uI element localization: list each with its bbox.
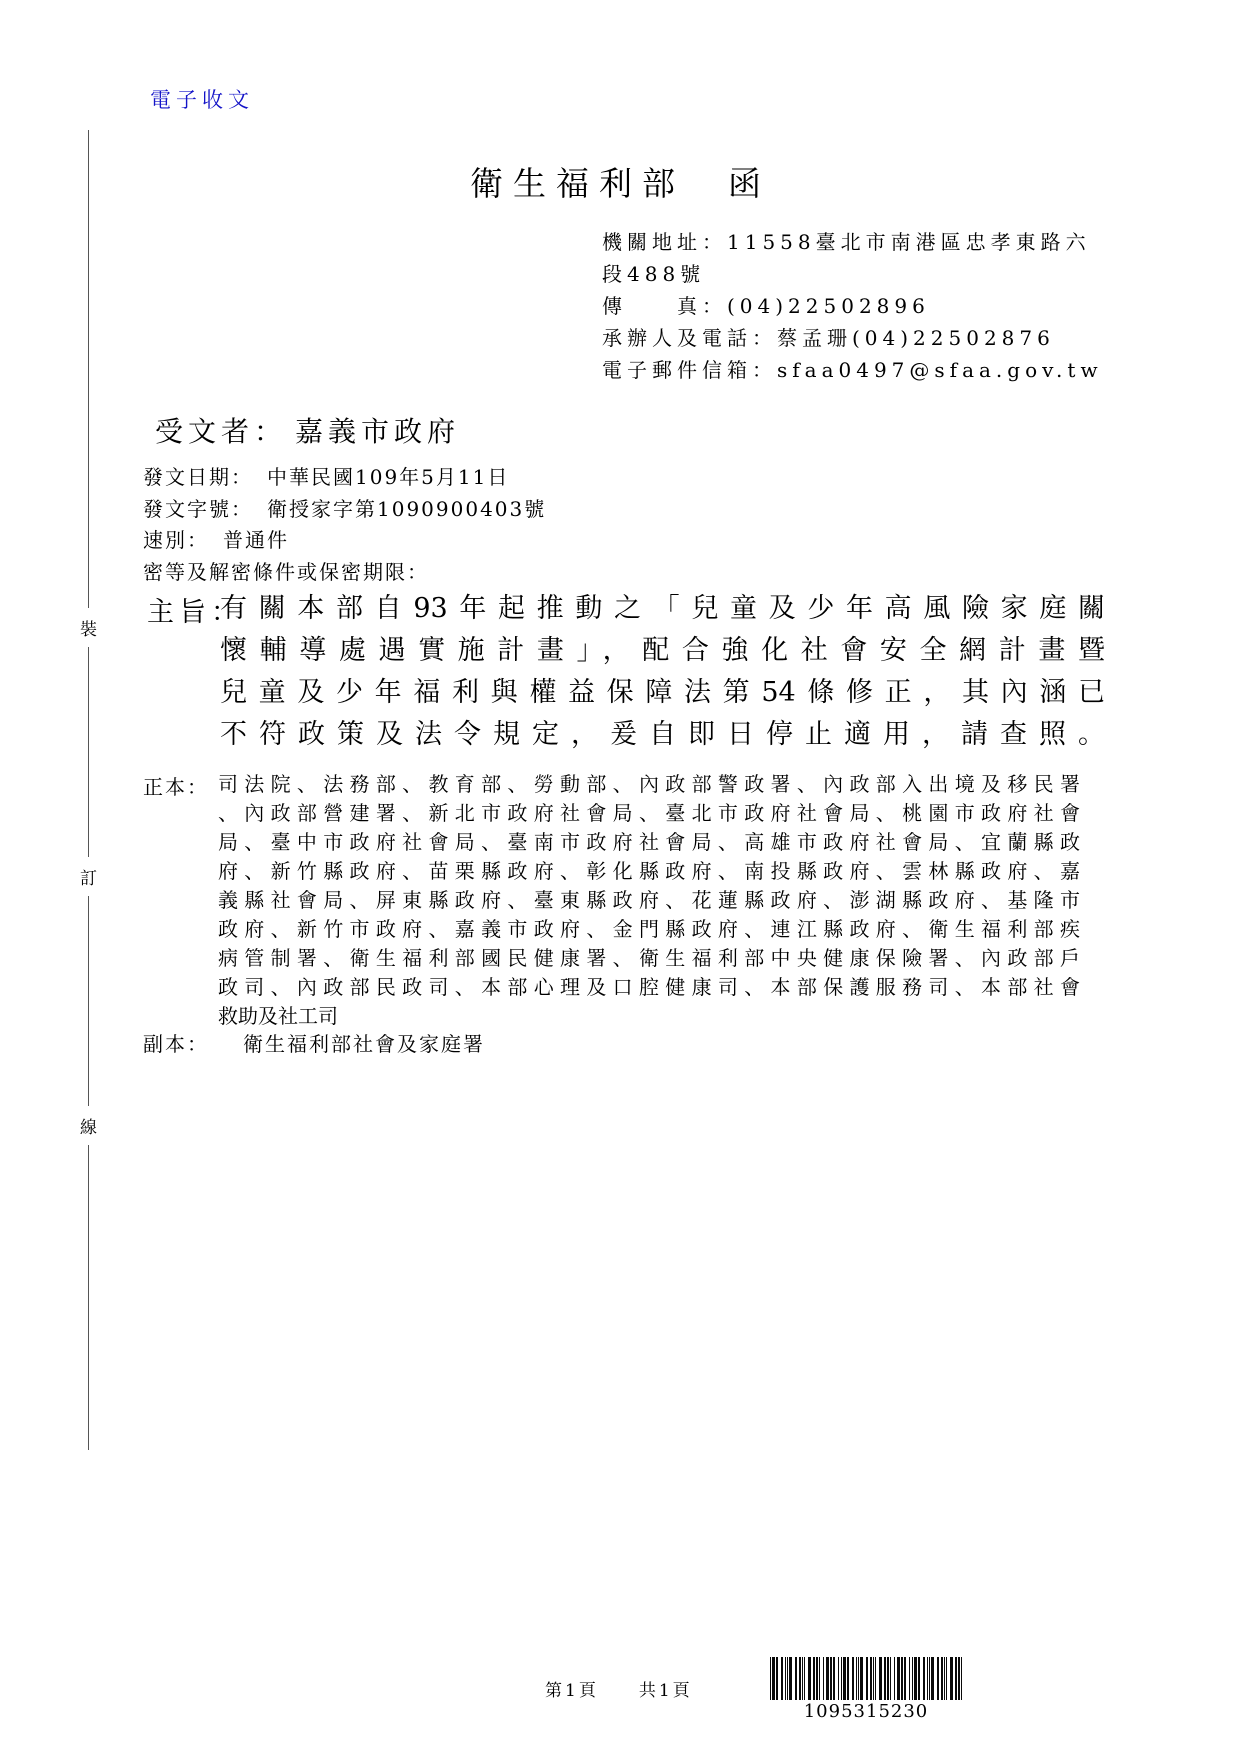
barcode-bar <box>927 1657 928 1700</box>
subject-line: 不符政策及法令規定，爰自即日停止適用，請查照。 <box>220 714 1105 756</box>
barcode-bar <box>808 1657 811 1700</box>
barcode-bar <box>802 1657 803 1700</box>
barcode-bar <box>875 1657 876 1700</box>
priority-label: 速別： <box>143 528 209 552</box>
recipient-label: 受文者： <box>155 415 287 448</box>
primary-recipients-line: 救助及社工司 <box>218 1002 1080 1031</box>
barcode-bar <box>944 1657 945 1700</box>
primary-recipients-line: 政司、內政部民政司、本部心理及口腔健康司、本部保護服務司、本部社會 <box>218 973 1080 1002</box>
barcode-bar <box>833 1657 835 1700</box>
primary-recipients-line: 司法院、法務部、教育部、勞動部、內政部警政署、內政部入出境及移民署 <box>218 770 1080 799</box>
barcode-bar <box>830 1657 832 1700</box>
barcode-bar <box>958 1657 960 1700</box>
barcode-bar <box>787 1657 788 1700</box>
barcode-bar <box>823 1657 824 1700</box>
document-title: 衛生福利部 函 <box>0 158 1241 205</box>
barcode-bar <box>799 1657 801 1700</box>
barcode-bar <box>843 1657 846 1700</box>
barcode-bar <box>795 1657 797 1700</box>
primary-recipients-text: 司法院、法務部、教育部、勞動部、內政部警政署、內政部入出境及移民署、內政部營建署… <box>218 770 1080 1031</box>
sender-contact-block: 機關地址：11558臺北市南港區忠孝東路六段488號傳 真：(04)225028… <box>602 226 1103 386</box>
carbon-copy-row: 副本：衛生福利部社會及家庭署 <box>143 1028 485 1057</box>
barcode-bar <box>870 1657 872 1700</box>
security-row: 密等及解密條件或保密期限： <box>143 557 546 589</box>
issue-date-row: 發文日期：中華民國109年5月11日 <box>143 462 546 494</box>
barcode-bar <box>929 1657 930 1700</box>
barcode-bar <box>941 1657 943 1700</box>
barcode-bar <box>897 1657 900 1700</box>
primary-recipients-line: 局、臺中市政府社會局、臺南市政府社會局、高雄市政府社會局、宜蘭縣政 <box>218 828 1080 857</box>
subject-line: 有關本部自93年起推動之「兒童及少年高風險家庭關 <box>220 588 1105 630</box>
sender-contact-line: 機關地址：11558臺北市南港區忠孝東路六 <box>602 226 1103 258</box>
barcode-bar <box>858 1657 859 1700</box>
barcode-bar <box>923 1657 925 1700</box>
priority-value: 普通件 <box>223 528 289 552</box>
barcode-bar <box>841 1657 842 1700</box>
barcode-bar <box>961 1657 962 1700</box>
binding-mark-ding: 訂 <box>76 857 101 896</box>
barcode-bar <box>866 1657 868 1700</box>
priority-row: 速別：普通件 <box>143 525 546 557</box>
primary-recipients-label: 正本： <box>143 771 209 800</box>
barcode-bar <box>901 1657 903 1700</box>
subject-line: 懷輔導處遇實施計畫」，配合強化社會安全網計畫暨 <box>220 630 1105 672</box>
barcode-bar <box>909 1657 910 1700</box>
barcode-bar <box>931 1657 934 1700</box>
e-receipt-stamp: 電子收文 <box>150 84 254 114</box>
barcode-bar <box>946 1657 947 1700</box>
sender-contact-line: 段488號 <box>602 258 1103 290</box>
subject-line: 兒童及少年福利與權益保障法第54條修正，其內涵已 <box>220 672 1105 714</box>
primary-recipients-line: 、內政部營建署、新北市政府社會局、臺北市政府社會局、桃園市政府社會 <box>218 799 1080 828</box>
barcode-bar <box>918 1657 920 1700</box>
barcode-bar <box>770 1657 771 1700</box>
sender-contact-line: 電子郵件信箱：sfaa0497@sfaa.gov.tw <box>602 354 1103 386</box>
barcode-bar <box>813 1657 815 1700</box>
barcode-bar <box>890 1657 891 1700</box>
barcode-bar <box>879 1657 882 1700</box>
issue-date-value: 中華民國109年5月11日 <box>267 465 509 489</box>
barcode-bar <box>847 1657 849 1700</box>
barcode-number: 1095315230 <box>770 1701 962 1722</box>
subject-text: 有關本部自93年起推動之「兒童及少年高風險家庭關懷輔導處遇實施計畫」，配合強化社… <box>220 588 1105 756</box>
carbon-copy-label: 副本： <box>143 1032 209 1056</box>
barcode-bar <box>789 1657 792 1700</box>
primary-recipients-line: 政府、新竹市政府、嘉義市政府、金門縣政府、連江縣政府、衛生福利部疾 <box>218 915 1080 944</box>
barcode-bar <box>873 1657 874 1700</box>
barcode-bar <box>826 1657 829 1700</box>
barcode-bar <box>937 1657 939 1700</box>
carbon-copy-value: 衛生福利部社會及家庭署 <box>243 1032 485 1056</box>
barcode-bar <box>884 1657 886 1700</box>
binding-mark-xian: 線 <box>76 1106 101 1145</box>
binding-line <box>88 130 89 1450</box>
barcode-bar <box>804 1657 805 1700</box>
page-number-indicator: 第1頁 共1頁 <box>545 1676 693 1701</box>
barcode-bar <box>955 1657 957 1700</box>
recipient-row: 受文者：嘉義市政府 <box>155 410 460 450</box>
barcode-bar <box>785 1657 786 1700</box>
issue-date-label: 發文日期： <box>143 465 253 489</box>
barcode-bar <box>950 1657 953 1700</box>
sender-contact-line: 承辦人及電話：蔡孟珊(04)22502876 <box>602 322 1103 354</box>
barcode-bars <box>770 1657 962 1700</box>
barcode-bar <box>914 1657 917 1700</box>
barcode-bar <box>781 1657 783 1700</box>
barcode-bar <box>894 1657 895 1700</box>
barcode-bar <box>887 1657 889 1700</box>
meta-fields: 發文日期：中華民國109年5月11日 發文字號：衛授家字第1090900403號… <box>143 462 546 588</box>
primary-recipients-line: 府、新竹縣政府、苗栗縣政府、彰化縣政府、南投縣政府、雲林縣政府、嘉 <box>218 857 1080 886</box>
barcode-bar <box>819 1657 820 1700</box>
reference-number-label: 發文字號： <box>143 497 253 521</box>
barcode-bar <box>856 1657 857 1700</box>
document-page: 電子收文 裝 訂 線 衛生福利部 函 機關地址：11558臺北市南港區忠孝東路六… <box>0 0 1241 1753</box>
barcode-bar <box>816 1657 818 1700</box>
reference-number-value: 衛授家字第1090900403號 <box>267 497 546 521</box>
security-label: 密等及解密條件或保密期限： <box>143 560 429 584</box>
sender-contact-line: 傳 真：(04)22502896 <box>602 290 1103 322</box>
reference-number-row: 發文字號：衛授家字第1090900403號 <box>143 494 546 526</box>
barcode-bar <box>838 1657 839 1700</box>
barcode-bar <box>776 1657 778 1700</box>
barcode-bar <box>852 1657 854 1700</box>
barcode-bar <box>860 1657 863 1700</box>
barcode-bar <box>772 1657 775 1700</box>
barcode: 1095315230 <box>770 1657 962 1722</box>
binding-mark-zhuang: 裝 <box>76 608 101 647</box>
barcode-bar <box>904 1657 906 1700</box>
barcode-bar <box>912 1657 913 1700</box>
recipient-value: 嘉義市政府 <box>295 415 460 448</box>
primary-recipients-line: 病管制署、衛生福利部國民健康署、衛生福利部中央健康保險署、內政部戶 <box>218 944 1080 973</box>
primary-recipients-line: 義縣社會局、屏東縣政府、臺東縣政府、花蓮縣政府、澎湖縣政府、基隆市 <box>218 886 1080 915</box>
